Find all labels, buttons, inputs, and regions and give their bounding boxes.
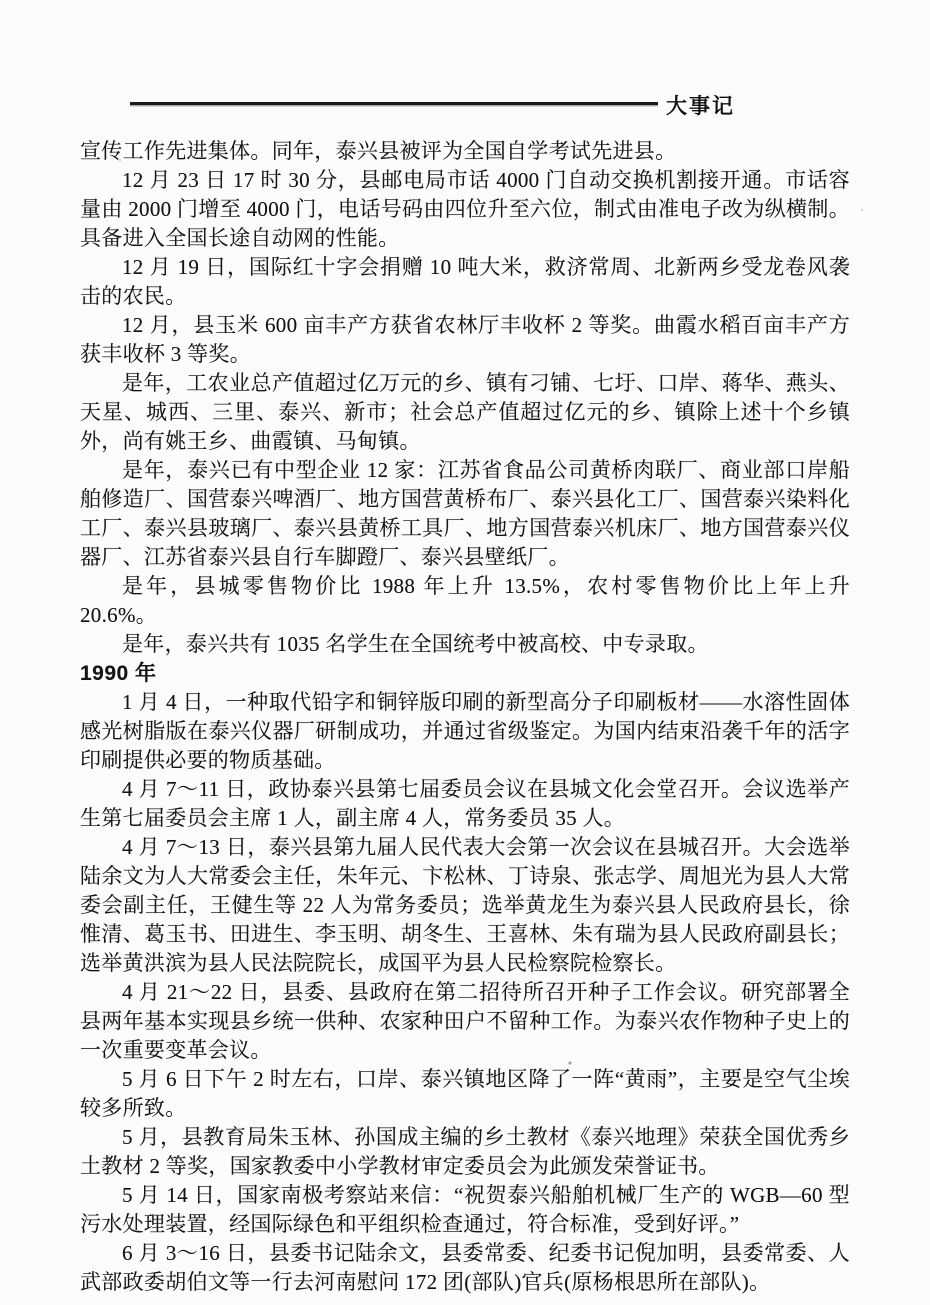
paragraph: 12 月 23 日 17 时 30 分，县邮电局市话 4000 门自动交换机割接… (80, 166, 850, 253)
header-rule (130, 102, 658, 105)
paragraph: 12 月 19 日，国际红十字会捐赠 10 吨大米，救济常周、北新两乡受龙卷风袭… (80, 253, 850, 311)
paragraph: 1 月 4 日，一种取代铅字和铜锌版印刷的新型高分子印刷板材——水溶性固体感光树… (80, 688, 850, 775)
paragraph: 5 月，县教育局朱玉林、孙国成主编的乡土教材《泰兴地理》荣获全国优秀乡土教材 2… (80, 1123, 850, 1181)
year-heading: 1990 年 (80, 659, 850, 688)
page-title: 大事记 (666, 90, 735, 120)
running-header: 大事记 (130, 90, 780, 118)
chronicle-text: 宣传工作先进集体。同年，泰兴县被评为全国自学考试先进县。12 月 23 日 17… (80, 137, 850, 1297)
paragraph: 4 月 21～22 日，县委、县政府在第二招待所召开种子工作会议。研究部署全县两… (80, 978, 850, 1065)
paragraph: 12 月，县玉米 600 亩丰产方获省农林厅丰收杯 2 等奖。曲霞水稻百亩丰产方… (80, 311, 850, 369)
paragraph: 5 月 6 日下午 2 时左右，口岸、泰兴镇地区降了一阵“黄雨”，主要是空气尘埃… (80, 1065, 850, 1123)
paragraph: 是年，泰兴已有中型企业 12 家：江苏省食品公司黄桥肉联厂、商业部口岸船舶修造厂… (80, 456, 850, 572)
paragraph: 是年，工农业总产值超过亿万元的乡、镇有刁铺、七圩、口岸、蒋华、燕头、天星、城西、… (80, 369, 850, 456)
paragraph: 6 月 3～16 日，县委书记陆余文，县委常委、纪委书记倪加明，县委常委、人武部… (80, 1239, 850, 1297)
paragraph: 4 月 7～13 日，泰兴县第九届人民代表大会第一次会议在县城召开。大会选举陆余… (80, 833, 850, 978)
paragraph: 5 月 14 日，国家南极考察站来信：“祝贺泰兴船舶机械厂生产的 WGB—60 … (80, 1181, 850, 1239)
paragraph: 是年，县城零售物价比 1988 年上升 13.5%，农村零售物价比上年上升 20… (80, 572, 850, 630)
scanned-book-page: 大事记 宣传工作先进集体。同年，泰兴县被评为全国自学考试先进县。12 月 23 … (0, 0, 930, 1305)
paragraph: 宣传工作先进集体。同年，泰兴县被评为全国自学考试先进县。 (80, 137, 850, 166)
paragraph: 4 月 7～11 日，政协泰兴县第七届委员会议在县城文化会堂召开。会议选举产生第… (80, 775, 850, 833)
paragraph: 是年，泰兴共有 1035 名学生在全国统考中被高校、中专录取。 (80, 630, 850, 659)
